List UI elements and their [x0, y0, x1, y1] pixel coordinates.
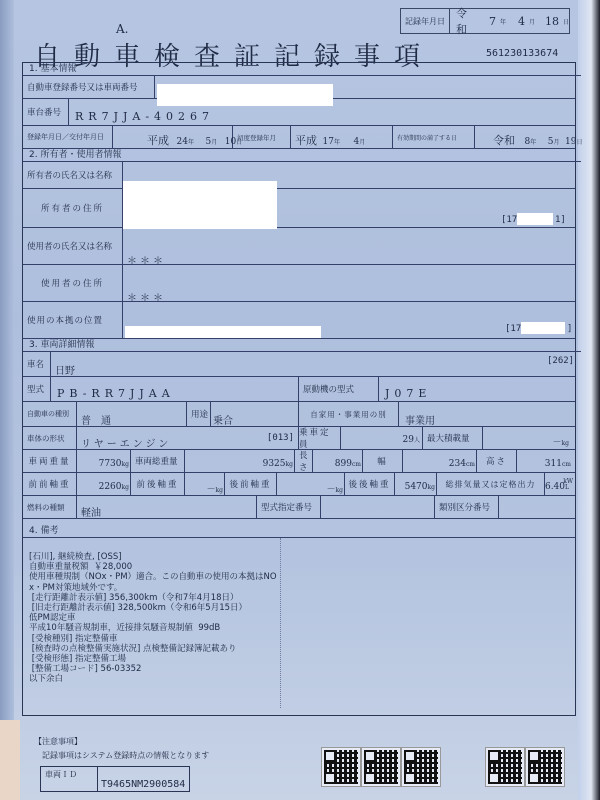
dates-row: 登録年月日／交付年月日 平成 24年 5月 10日 初度登録年月 平成 17年 … — [23, 126, 575, 149]
section-1-heading: 1. 基本情報 — [23, 63, 581, 76]
body-code: [013] — [267, 433, 294, 443]
rf-axle-value: －kg — [327, 482, 344, 495]
unit-kg: kg — [562, 440, 569, 447]
rr-axle-value: 5470kg — [405, 482, 435, 492]
record-date-box: 記録年月日 令和 7年 4月 18日 — [400, 8, 570, 34]
gross-weight-number: 9325 — [263, 459, 286, 469]
ff-axle-value: 2260kg — [99, 482, 129, 492]
model-value: PB-RR7JJAA — [57, 387, 175, 400]
remarks-line: [整備工場コード] 56-03352 — [29, 664, 277, 674]
body-label: 車体の形状 — [23, 427, 77, 449]
weight-number: 7730 — [99, 459, 122, 469]
section-2-heading: 2. 所有者・使用者情報 — [23, 149, 581, 162]
vehicle-id-box: 車両ＩＤ T9465NM2900584 — [40, 766, 190, 792]
width-cell: 234cm — [403, 450, 477, 472]
unit-kg: kg — [216, 487, 223, 494]
photo-background-right — [578, 0, 600, 800]
length-label: 長さ — [295, 450, 313, 472]
category-row: 自動車の種別 普通 用途 乗合 自家用・事業用の別 事業用 — [23, 402, 575, 427]
record-date-era: 令和 — [456, 5, 471, 37]
section-4-heading: 4. 備考 — [23, 525, 581, 537]
base-location-code-redacted — [521, 322, 565, 334]
unit-cm: cm — [352, 461, 361, 468]
remarks-line: x・PM対策地域外です。 — [29, 583, 277, 593]
engine-value: J07E — [385, 387, 431, 400]
expiry-label: 有効期間の満了する日 — [393, 126, 475, 148]
first-reg-year: 17 — [323, 137, 334, 147]
gross-weight-value: 9325kg — [263, 459, 293, 469]
unit-kw: kW — [563, 478, 573, 485]
unit-cm: cm — [562, 461, 571, 468]
first-reg-era: 平成 — [295, 134, 317, 147]
unit-kg: kg — [122, 484, 129, 491]
record-date-month: 4 — [518, 15, 525, 28]
qr-code-2 — [362, 748, 400, 786]
base-location-label: 使用の本拠の位置 — [23, 302, 123, 338]
length-number: 899 — [335, 459, 352, 469]
registration-label: 自動車登録番号又は車両番号 — [23, 76, 155, 98]
unit-day: 日 — [563, 17, 569, 26]
base-location-row: 使用の本拠の位置 [17 ] — [23, 302, 575, 339]
fuel-row: 燃料の種類 軽油 型式指定番号 類別区分番号 — [23, 496, 575, 519]
engine-label: 原動機の型式 — [299, 377, 379, 401]
displacement-unit-kw: kW — [563, 473, 573, 486]
unit-month: 月 — [359, 139, 365, 146]
max-load-value: －kg — [553, 435, 570, 448]
unit-year: 年 — [334, 139, 340, 146]
ff-axle-cell: 2260kg — [77, 473, 131, 495]
qr-code-3 — [402, 748, 440, 786]
first-reg-label: 初度登録年月 — [233, 126, 291, 148]
qr-code-4 — [486, 748, 524, 786]
remarks-line: 使用車種規制（NOx・PM）適合。この自動車の使用の本拠はNO — [29, 572, 277, 582]
notes-heading: 【注意事項】 — [34, 736, 82, 747]
capacity-value: 29人 — [403, 435, 420, 445]
body-row: 車体の形状 リヤーエンジン [013] 乗車定員 29人 最大積載量 －kg — [23, 427, 575, 450]
rf-axle-number: － — [327, 485, 336, 495]
fuel-label: 燃料の種類 — [23, 496, 77, 518]
ff-axle-label: 前前軸重 — [23, 473, 77, 495]
remarks-line: [受検形態] 指定整備工場 — [29, 654, 277, 664]
type-designation-value — [321, 496, 435, 518]
fuel-value: 軽油 — [81, 504, 101, 519]
photo-background-left — [0, 0, 14, 800]
chassis-value: RR7JJA-40267 — [75, 110, 214, 123]
fr-axle-number: － — [207, 485, 216, 495]
owner-name-label: 所有者の氏名又は名称 — [23, 162, 123, 188]
expiry-day: 19 — [565, 137, 576, 147]
length-cell: 899cm — [313, 450, 363, 472]
width-value: 234cm — [449, 459, 475, 469]
weight-row: 車両重量 7730kg 車両総重量 9325kg 長さ 899cm 幅 234c… — [23, 450, 575, 473]
body-value: リヤーエンジン — [81, 435, 171, 450]
weight-value: 7730kg — [99, 459, 129, 469]
base-location-code-suffix: ] — [567, 324, 572, 334]
private-business-label: 自家用・事業用の別 — [299, 402, 399, 426]
model-label: 型式 — [23, 377, 51, 401]
displacement-number: 6.40 — [545, 482, 565, 492]
fr-axle-value: －kg — [207, 482, 224, 495]
user-address-label: 使用者の住所 — [23, 265, 123, 301]
rr-axle-label: 後後軸重 — [345, 473, 395, 495]
vehicle-id-value: T9465NM2900584 — [98, 767, 189, 791]
chassis-row: 車台番号 RR7JJA-40267 — [23, 99, 575, 126]
type-designation-label: 型式指定番号 — [257, 496, 321, 518]
axle-row: 前前軸重 2260kg 前後軸重 －kg 後前軸重 －kg 後後軸重 5470k… — [23, 473, 575, 496]
remarks-line: 低PM認定車 — [29, 613, 277, 623]
displacement-label: 総排気量又は定格出力 — [437, 473, 545, 495]
height-number: 311 — [545, 459, 562, 469]
ff-axle-number: 2260 — [99, 482, 122, 492]
gross-weight-label: 車両総重量 — [131, 450, 185, 472]
vehicle-id-label: 車両ＩＤ — [41, 767, 98, 791]
category-label: 自動車の種別 — [23, 402, 77, 426]
qr-code-1 — [322, 748, 360, 786]
remarks-area: [石川], 継続検査, [OSS]自動車重量税額 ￥28,000使用車種規制（N… — [23, 537, 575, 714]
remarks-line: [石川], 継続検査, [OSS] — [29, 552, 277, 562]
remarks-line: 平成10年騒音規制車，近接排気騒音規制値 99dB — [29, 623, 277, 633]
unit-kg: kg — [286, 461, 293, 468]
user-address-row: 使用者の住所 ＊＊＊ — [23, 265, 575, 302]
reg-date-year: 24 — [177, 137, 188, 147]
user-name-label: 使用者の氏名又は名称 — [23, 228, 123, 264]
expiry-era: 令和 — [493, 134, 515, 147]
record-form: 1. 基本情報 自動車登録番号又は車両番号 車台番号 RR7JJA-40267 … — [22, 62, 576, 716]
unit-year: 年 — [500, 17, 506, 26]
weight-cell: 7730kg — [77, 450, 131, 472]
height-value: 311cm — [545, 459, 571, 469]
reg-date-cell: 平成 24年 5月 10日 — [113, 126, 233, 148]
rr-axle-cell: 5470kg — [395, 473, 437, 495]
expiry-value: 令和 8年 5月 19日 — [493, 132, 582, 148]
registration-row: 自動車登録番号又は車両番号 — [23, 76, 575, 99]
category-value: 普通 — [81, 412, 121, 427]
width-label: 幅 — [363, 450, 403, 472]
owner-address-row: 所有者の住所 [17 1] — [23, 189, 575, 228]
owner-name-row: 所有者の氏名又は名称 — [23, 162, 575, 189]
unit-month: 月 — [211, 139, 217, 146]
qr-code-5 — [526, 748, 564, 786]
unit-year: 年 — [530, 139, 536, 146]
make-row: 車名 日野 [262] — [23, 352, 575, 377]
make-label: 車名 — [23, 352, 51, 376]
remarks-divider — [280, 538, 281, 708]
unit-kg: kg — [428, 484, 435, 491]
base-location-redacted — [125, 326, 321, 338]
section-3-heading: 3. 車両詳細情報 — [23, 339, 581, 352]
base-location-code-prefix: [17 — [505, 324, 521, 334]
record-date-value: 令和 7年 4月 18日 — [450, 9, 569, 33]
chassis-label: 車台番号 — [23, 99, 69, 125]
first-reg-cell: 平成 17年 4月 — [291, 126, 393, 148]
make-code: [262] — [547, 356, 574, 366]
length-value: 899cm — [335, 459, 361, 469]
body-cell: リヤーエンジン [013] — [77, 427, 299, 449]
category-number-label: 類別区分番号 — [435, 496, 499, 518]
capacity-cell: 29人 — [341, 427, 423, 449]
use-cell: 乗合 — [211, 402, 299, 426]
unit-month: 月 — [553, 139, 559, 146]
remarks-line: [走行距離計表示値] 356,300km（令和7年4月18日） — [29, 593, 277, 603]
use-label: 用途 — [187, 402, 211, 426]
rr-axle-number: 5470 — [405, 482, 428, 492]
owner-address-label: 所有者の住所 — [23, 189, 123, 227]
unit-month: 月 — [529, 17, 535, 26]
unit-kg: kg — [122, 461, 129, 468]
owner-address-code-suffix: 1] — [555, 215, 566, 225]
capacity-label: 乗車定員 — [299, 427, 341, 449]
remarks-text: [石川], 継続検査, [OSS]自動車重量税額 ￥28,000使用車種規制（N… — [29, 552, 277, 685]
height-label: 高さ — [477, 450, 517, 472]
reg-date-label: 登録年月日／交付年月日 — [23, 126, 113, 148]
first-reg-value: 平成 17年 4月 — [295, 132, 365, 148]
category-number-value — [499, 496, 575, 518]
record-date-year: 7 — [489, 15, 496, 28]
fuel-cell: 軽油 — [77, 496, 257, 518]
model-cell: PB-RR7JJAA — [51, 377, 299, 401]
remarks-line: 以下余白 — [29, 674, 277, 684]
reg-date-era: 平成 — [147, 134, 169, 147]
owner-address-code-redacted — [517, 213, 553, 225]
max-load-number: － — [553, 438, 562, 448]
unit-person: 人 — [414, 437, 420, 444]
unit-day: 日 — [576, 139, 582, 146]
weight-label: 車両重量 — [23, 450, 77, 472]
document-marker: A. — [116, 22, 128, 36]
make-value: 日野 — [55, 362, 75, 377]
user-name-row: 使用者の氏名又は名称 ＊＊＊ — [23, 228, 575, 265]
owner-name-address-redacted — [123, 181, 277, 229]
remarks-line: [受検種別] 指定整備車 — [29, 634, 277, 644]
photo-background-bottom-left — [0, 720, 20, 800]
capacity-number: 29 — [403, 435, 414, 445]
fr-axle-label: 前後軸重 — [131, 473, 185, 495]
remarks-line: [旧走行距離計表示値] 328,500km（令和6年5月15日） — [29, 603, 277, 613]
category-cell: 普通 — [77, 402, 187, 426]
document-number: 561230133674 — [486, 48, 558, 59]
remarks-line: 自動車重量税額 ￥28,000 — [29, 562, 277, 572]
rf-axle-label: 後前軸重 — [225, 473, 277, 495]
record-date-label: 記録年月日 — [401, 9, 450, 33]
unit-year: 年 — [188, 139, 194, 146]
rf-axle-cell: －kg — [277, 473, 345, 495]
model-row: 型式 PB-RR7JJAA 原動機の型式 J07E — [23, 377, 575, 402]
reg-date-value: 平成 24年 5月 10日 — [147, 132, 242, 148]
private-business-value: 事業用 — [405, 412, 435, 427]
notes-text: 記録事項はシステム登録時点の情報となります — [42, 750, 209, 761]
use-value: 乗合 — [213, 412, 233, 427]
fr-axle-cell: －kg — [185, 473, 225, 495]
gross-weight-cell: 9325kg — [185, 450, 295, 472]
width-number: 234 — [449, 459, 466, 469]
owner-address-code-prefix: [17 — [501, 215, 517, 225]
remarks-line: [検査時の点検整備実施状況] 点検整備記録簿記載あり — [29, 644, 277, 654]
unit-kg: kg — [336, 487, 343, 494]
max-load-label: 最大積載量 — [423, 427, 483, 449]
unit-cm: cm — [466, 461, 475, 468]
record-date-day: 18 — [545, 15, 559, 28]
